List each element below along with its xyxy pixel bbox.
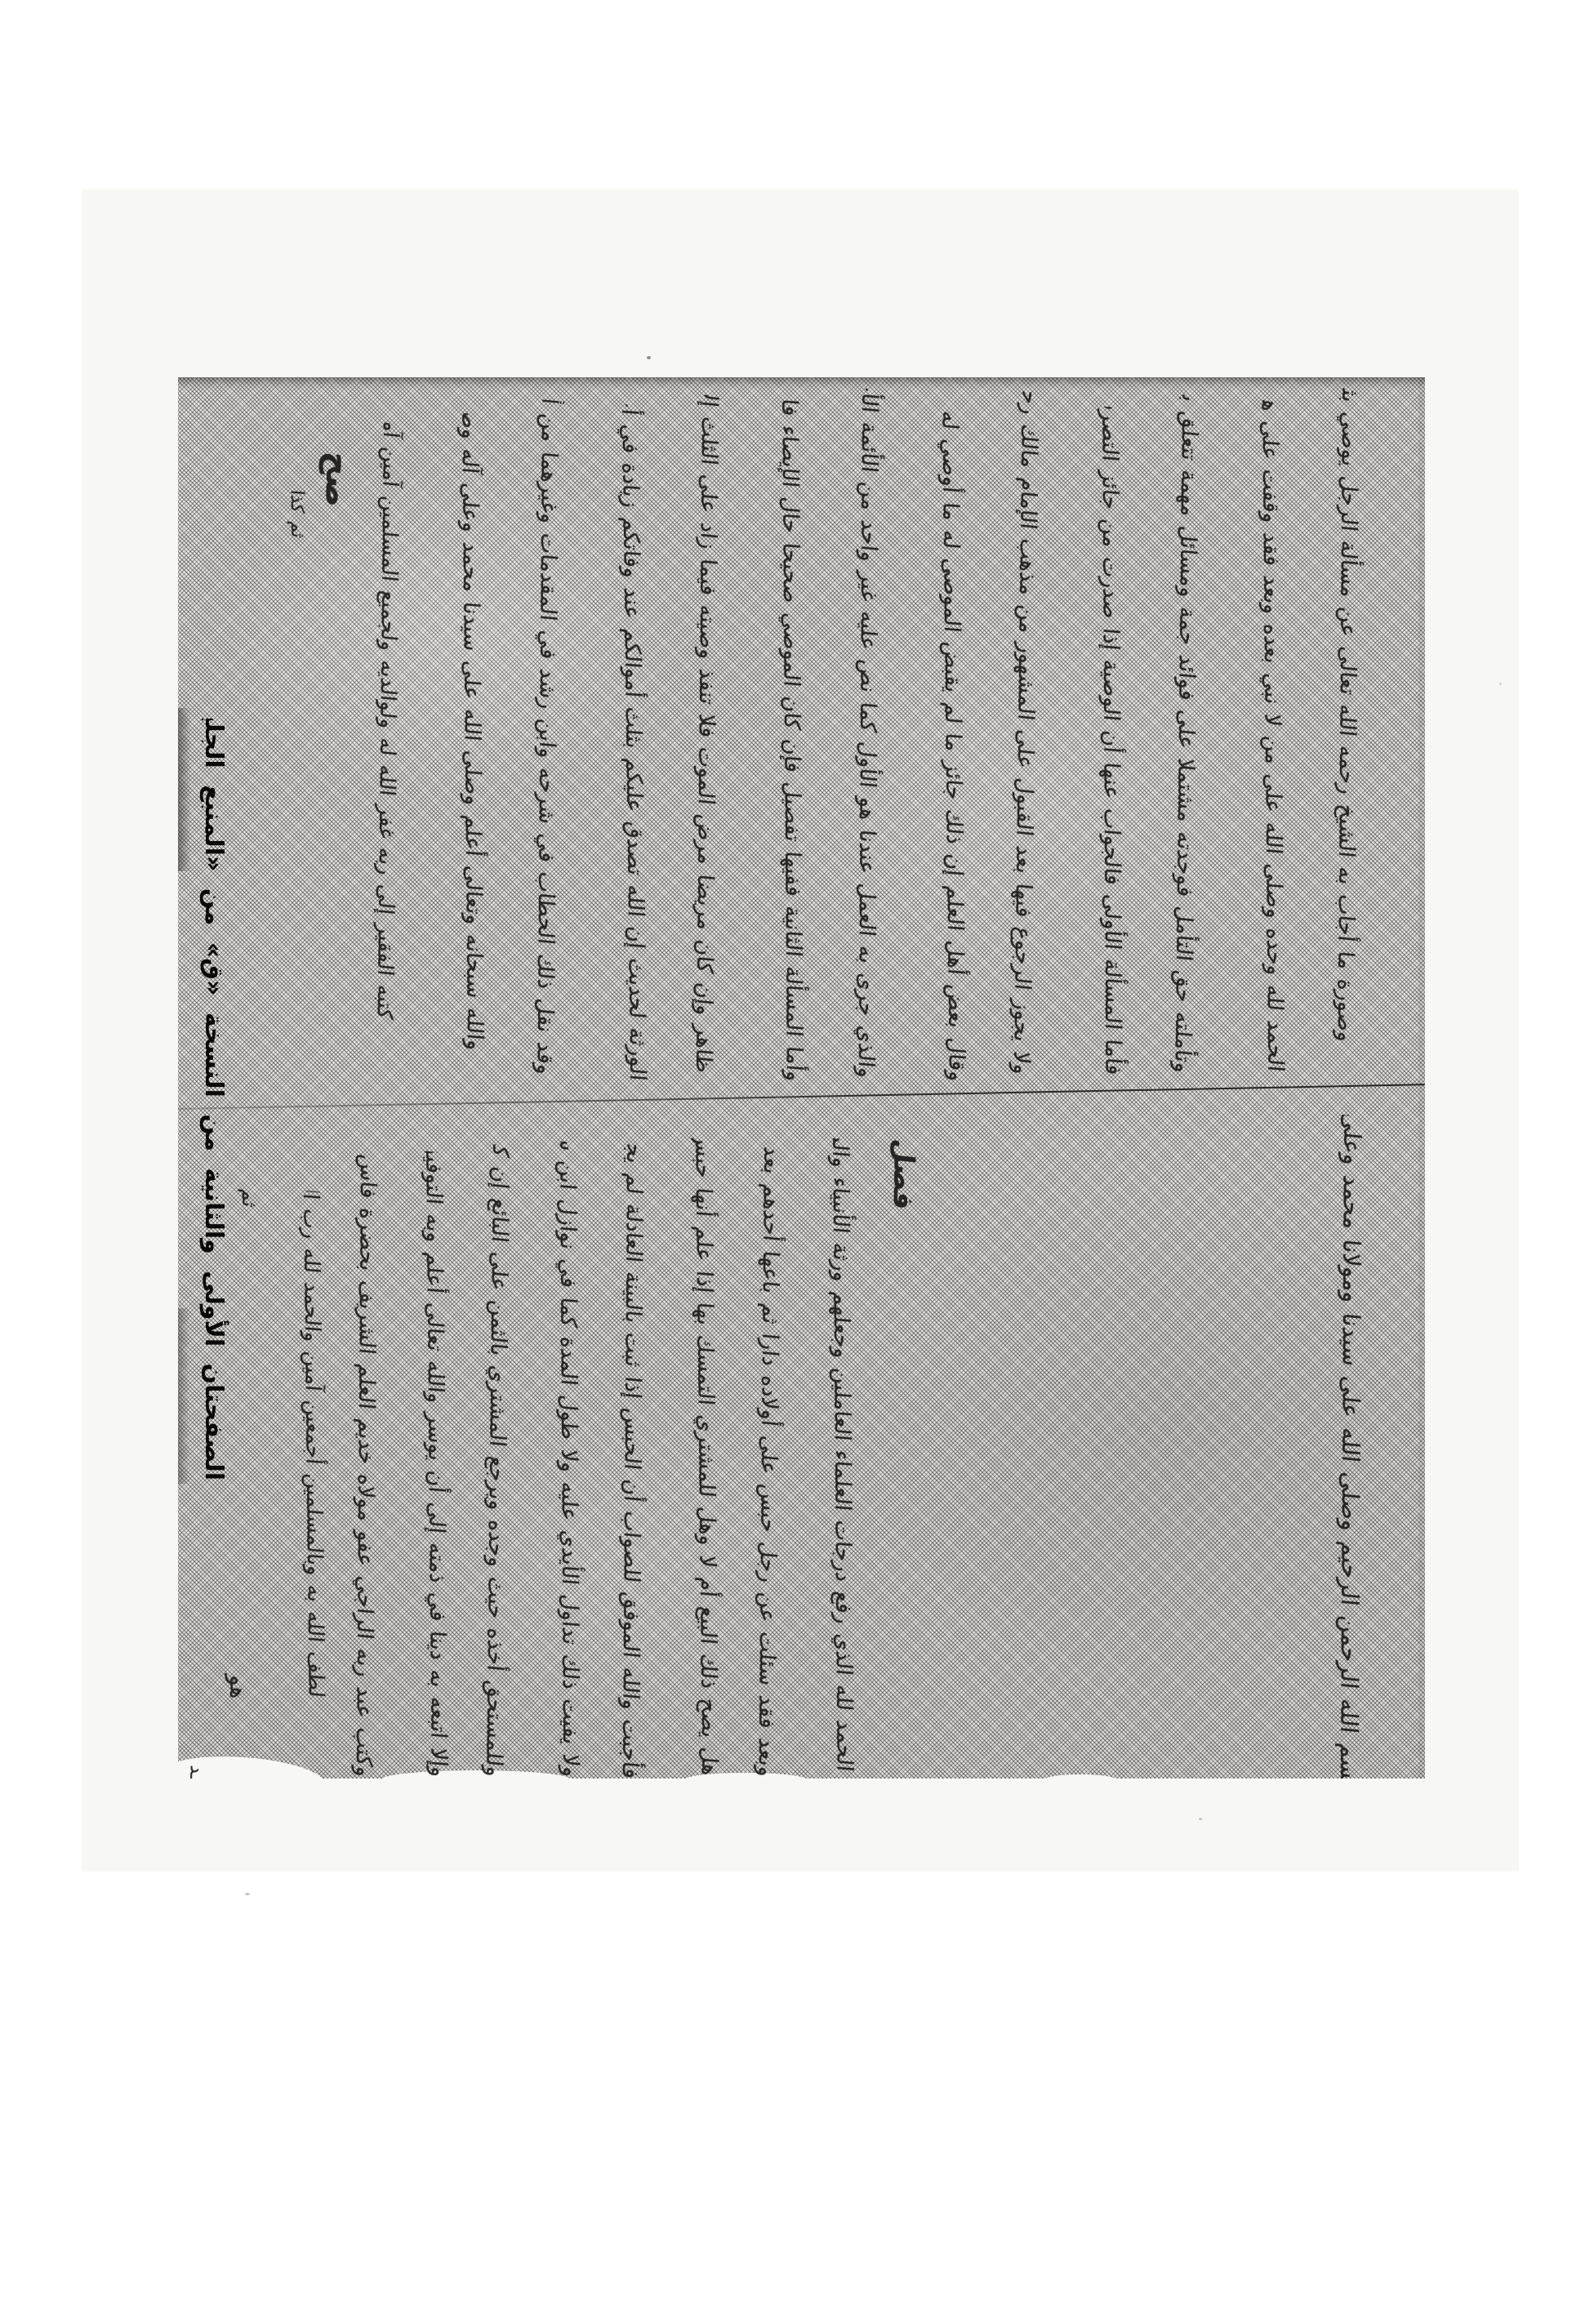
scan-edge-bite [1044,1774,1117,1779]
manuscript-line-bottom-page: فأجبت والله الموفق للصواب أن الحبس إذا ث… [612,1143,650,1779]
manuscript-line-bottom-page: وللمستحق أخذه حيث وجده ويرجع المشتري بال… [475,1143,516,1779]
manuscript-facsimile-scan: وصورة ما أجاب به الشيخ رحمه الله تعالى ع… [178,377,1425,1779]
manuscript-line-top-page: وتأملته حق التأمل فوجدته مشتملا على فوائ… [1164,394,1205,1075]
manuscript-line-top-page: كتبه الفقير إلى ربه غفر الله له ولوالديه… [366,421,405,1021]
scan-left-edge-smudge [178,1308,189,1484]
marginal-mark-top-page: ثم كذا [279,423,309,539]
marginal-mark-top-page: صح [309,398,363,510]
marginal-mark-bottom-page: ثم [233,1149,263,1209]
manuscript-line-bottom-page: ولا يفيت ذلك تداول الأيدي عليه ولا طول ا… [549,1141,586,1779]
manuscript-line-top-page: وصورة ما أجاب به الشيخ رحمه الله تعالى ع… [1327,387,1365,1044]
manuscript-line-top-page: ولا يجوز الرجوع فيها بعد القبول على المش… [1003,390,1045,1076]
scan-top-edge-shadow [178,377,1425,390]
scan-left-edge-smudge [178,708,191,871]
dust-speck [1199,1818,1202,1820]
page-divider-line [178,1084,1425,1110]
manuscript-line-bottom-page: لطف الله به وبالمسلمين أجمعين آمين والحم… [292,1190,330,1698]
dust-speck [1499,683,1502,685]
scan-right-edge-shade [1418,377,1425,1779]
plate-caption: الصفحتان الأولى والثانية من النسخة «ق» م… [193,719,231,1480]
scanned-plate-page: وصورة ما أجاب به الشيخ رحمه الله تعالى ع… [0,0,1594,2324]
manuscript-line-top-page: الحمد لله وحده وصلى الله على من لا نبي ب… [1251,399,1291,1073]
manuscript-line-top-page: وقال بعض أهل العلم إن ذلك جائز ما لم يقب… [931,401,973,1083]
manuscript-line-bottom-page: وإلا اتبعه به دينا في ذمته إلى أن يوسر و… [415,1151,455,1779]
marginal-mark-bottom-page: فصل [879,1125,923,1212]
manuscript-line-bottom-page: وبعد فقد سئلت عن رجل حبس على أولاده دارا… [748,1146,788,1779]
manuscript-line-bottom-page: الحمد لله الذي رفع درجات العلماء العاملي… [821,1138,860,1773]
marginal-mark-bottom-page: ـد [180,1730,209,1779]
manuscript-line-top-page: ظاهر وإن كان مريضا مرض الموت فلا تنفذ وص… [685,394,725,1075]
marginal-mark-bottom-page: هو [218,1624,255,1700]
manuscript-line-bottom-page: وكتب عبد ربه الراجي عفو مولاه خديم العلم… [345,1142,384,1779]
dust-speck [245,1893,250,1895]
dust-speck [647,356,651,359]
manuscript-line-top-page: وأما المسألة الثانية ففيها تفصيل فإن كان… [771,398,810,1083]
manuscript-line-top-page: فأما المسألة الأولى فالجواب عنها أن الوص… [1091,406,1129,1076]
manuscript-line-bottom-page: هل يصح ذلك البيع أم لا وهل للمشتري التمس… [684,1138,725,1777]
manuscript-line-top-page: الورثة لحديث إن الله تصدق عليكم بثلث أمو… [611,403,653,1082]
manuscript-line-top-page: وقد نقل ذلك الحطاب في شرحه وابن رشد في ا… [527,398,566,1076]
manuscript-line-top-page: والذي جرى به العمل عندنا هو الأول كما نص… [848,387,885,1080]
manuscript-line-top-page: والله سبحانه وتعالى أعلم وصلى الله على س… [451,412,491,1052]
manuscript-line-bottom-page: بسم الله الرحمن الرحيم وصلى الله على سيد… [1329,1114,1369,1779]
